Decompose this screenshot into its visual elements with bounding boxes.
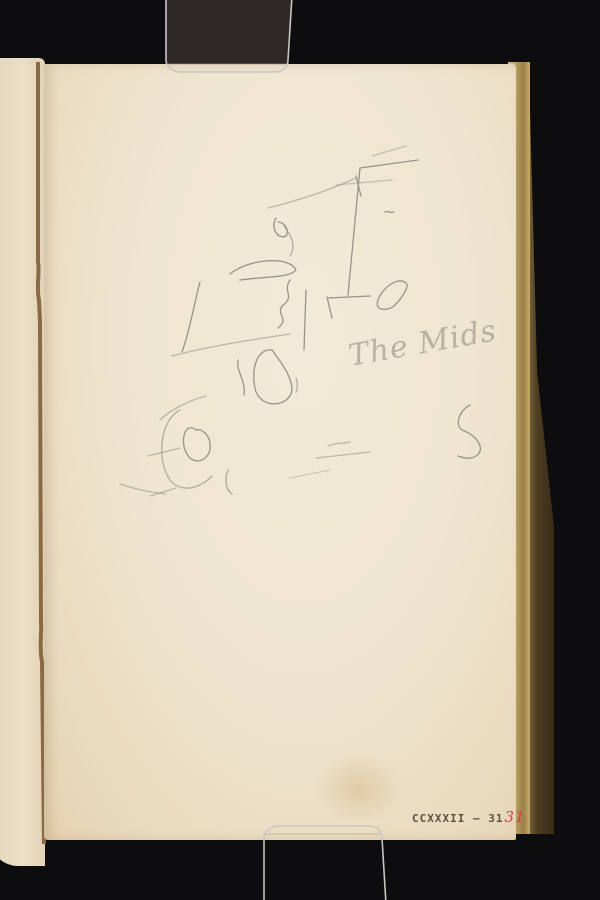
page-number: 31	[504, 808, 525, 826]
catalogue-number: CCXXXII – 3131	[412, 808, 526, 826]
photo-scene: The Mids CCXXXII – 3131	[0, 0, 600, 900]
bottom-page-clip	[256, 820, 392, 900]
catalogue-reference: CCXXXII – 31	[412, 812, 503, 825]
top-page-clip	[162, 0, 296, 76]
pencil-sketch	[0, 0, 600, 900]
